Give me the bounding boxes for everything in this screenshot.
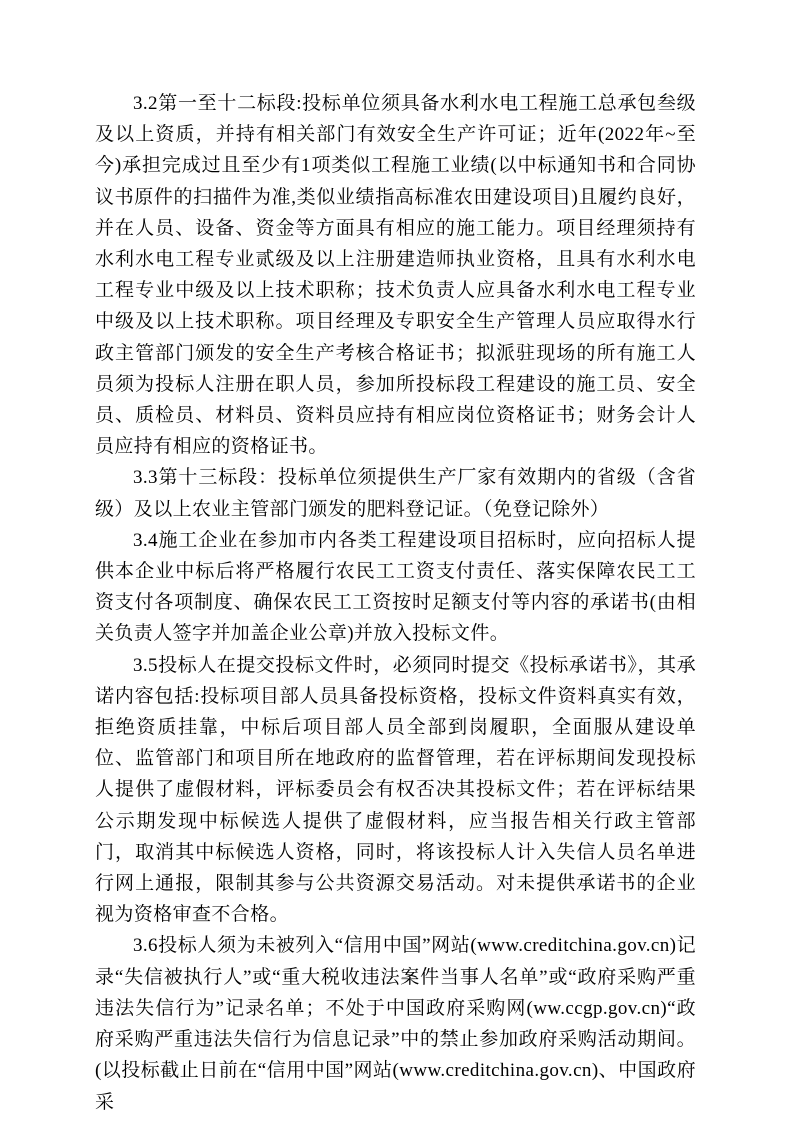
paragraph-3-3: 3.3第十三标段：投标单位须提供生产厂家有效期内的省级（含省级）及以上农业主管部…	[95, 462, 696, 524]
paragraph-3-2: 3.2第一至十二标段:投标单位须具备水利水电工程施工总承包叁级及以上资质，并持有…	[95, 88, 696, 462]
document-body: 3.2第一至十二标段:投标单位须具备水利水电工程施工总承包叁级及以上资质，并持有…	[95, 88, 696, 1118]
paragraph-3-4: 3.4施工企业在参加市内各类工程建设项目招标时，应向招标人提供本企业中标后将严格…	[95, 525, 696, 650]
paragraph-3-6: 3.6投标人须为未被列入“信用中国”网站(www.creditchina.gov…	[95, 930, 696, 1117]
paragraph-3-5: 3.5投标人在提交投标文件时，必须同时提交《投标承诺书》，其承诺内容包括:投标项…	[95, 650, 696, 931]
document-page: 3.2第一至十二标段:投标单位须具备水利水电工程施工总承包叁级及以上资质，并持有…	[0, 0, 793, 1122]
